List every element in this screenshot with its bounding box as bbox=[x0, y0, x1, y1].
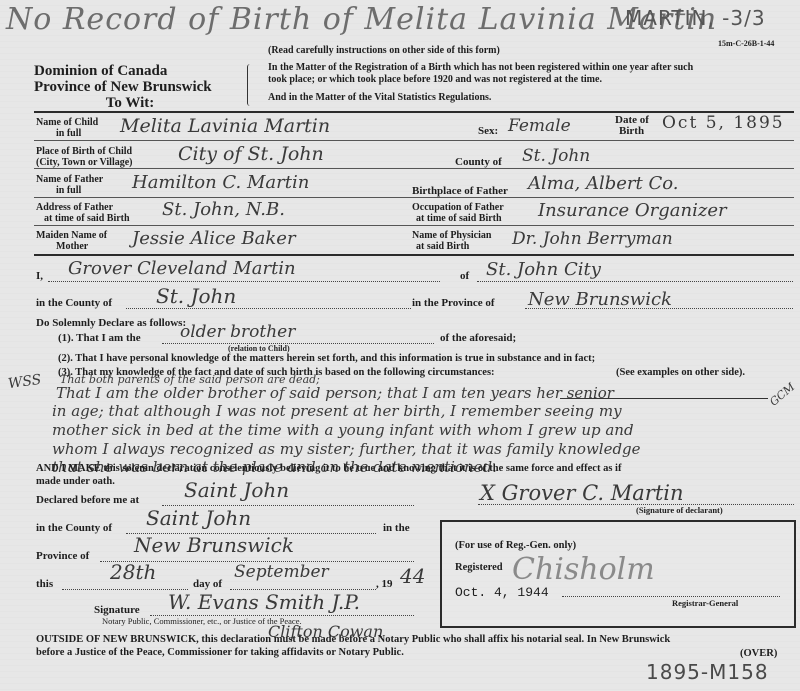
declarant-i-label: I, bbox=[36, 270, 43, 282]
circumstance-line: in age; that although I was not present … bbox=[52, 402, 780, 421]
mother-maiden-name-value[interactable]: Jessie Alice Baker bbox=[132, 228, 296, 249]
attest-in-the-label: in the bbox=[383, 522, 410, 534]
attest-year-value[interactable]: 44 bbox=[400, 564, 425, 588]
mother-maiden-name-label: Maiden Name of Mother bbox=[36, 230, 107, 252]
surname-stamp: MARTIN, -3/3 bbox=[625, 6, 766, 30]
county-label: County of bbox=[455, 156, 502, 168]
place-of-birth-label: Place of Birth of Child (City, Town or V… bbox=[36, 146, 133, 168]
attest-day-of-label: day of bbox=[193, 578, 222, 590]
jurisdiction-to-wit: To Wit: bbox=[30, 95, 230, 111]
birth-declaration-form: No Record of Birth of Melita Lavinia Mar… bbox=[0, 0, 800, 691]
of-line bbox=[477, 281, 793, 282]
jurisdiction-province: Province of New Brunswick bbox=[30, 79, 230, 95]
jurisdiction-block: Dominion of Canada Province of New Bruns… bbox=[30, 63, 230, 111]
declarant-signature-value[interactable]: X Grover C. Martin bbox=[480, 481, 684, 505]
registered-label: Registered bbox=[455, 562, 503, 573]
registrar-general-box: (For use of Reg.-Gen. only) Registered C… bbox=[440, 520, 796, 628]
relation-caption: (relation to Child) bbox=[228, 344, 290, 353]
declared-before-value[interactable]: Saint John bbox=[184, 478, 289, 502]
footer-line1: OUTSIDE OF NEW BRUNSWICK, this declarati… bbox=[36, 634, 670, 645]
item1-suffix: of the aforesaid; bbox=[440, 332, 516, 344]
of-value[interactable]: St. John City bbox=[486, 259, 601, 280]
insertion-underline bbox=[560, 398, 768, 399]
registrar-signature: Chisholm bbox=[512, 552, 655, 587]
item2-text: (2). That I have personal knowledge of t… bbox=[58, 353, 595, 364]
matter-vital-statistics: And in the Matter of the Vital Statistic… bbox=[268, 92, 491, 103]
row-rule bbox=[34, 168, 794, 169]
solemn-declaration-bold: AND I MAKE bbox=[36, 463, 101, 474]
declared-before-label: Declared before me at bbox=[36, 494, 139, 506]
sex-label: Sex: bbox=[478, 125, 498, 137]
declarant-province-value[interactable]: New Brunswick bbox=[528, 289, 672, 310]
declarant-name-value[interactable]: Grover Cleveland Martin bbox=[68, 258, 296, 279]
place-of-birth-value[interactable]: City of St. John bbox=[178, 143, 324, 165]
solemnly-declare-heading: Do Solemnly Declare as follows: bbox=[36, 317, 186, 329]
footer-line1-rest: this declaration must be made before a N… bbox=[199, 634, 670, 645]
physician-label: Name of Physician at said Birth bbox=[412, 230, 491, 252]
attest-signature-label: Signature bbox=[94, 604, 140, 616]
child-name-value[interactable]: Melita Lavinia Martin bbox=[120, 115, 330, 137]
table-bottom-rule bbox=[34, 254, 794, 256]
physician-value[interactable]: Dr. John Berryman bbox=[512, 229, 673, 249]
attest-province-label: Province of bbox=[36, 550, 89, 562]
father-birthplace-value[interactable]: Alma, Albert Co. bbox=[528, 173, 679, 194]
jurisdiction-dominion: Dominion of Canada bbox=[30, 63, 230, 79]
footer-outside-nb: OUTSIDE OF NEW BRUNSWICK, bbox=[36, 634, 199, 645]
footer-line2: before a Justice of the Peace, Commissio… bbox=[36, 647, 404, 658]
attest-signature-value[interactable]: W. Evans Smith J.P. bbox=[168, 590, 360, 614]
child-name-label: Name of Child in full bbox=[36, 117, 98, 139]
solemn-declaration-rest: this solemn declaration conscientiously … bbox=[101, 463, 622, 474]
registrar-caption: Registrar-General bbox=[672, 598, 738, 608]
county-value[interactable]: St. John bbox=[522, 146, 590, 166]
declarant-county-value[interactable]: St. John bbox=[156, 284, 236, 308]
matter-registration-line2: took place; or which took place before 1… bbox=[268, 74, 602, 85]
declarant-name-line bbox=[48, 281, 440, 282]
father-birthplace-label: Birthplace of Father bbox=[412, 185, 508, 197]
handwritten-no-record-note: No Record of Birth of Melita Lavinia Mar… bbox=[6, 2, 717, 37]
matter-registration-line1: In the Matter of the Registration of a B… bbox=[268, 62, 693, 73]
registrar-box-title: (For use of Reg.-Gen. only) bbox=[455, 540, 576, 551]
attest-day-value[interactable]: 28th bbox=[110, 560, 156, 584]
margin-initials-left: WSS bbox=[7, 372, 42, 392]
declarant-county-line bbox=[126, 308, 411, 309]
attest-this-label: this bbox=[36, 578, 53, 590]
father-occupation-label: Occupation of Father at time of said Bir… bbox=[412, 202, 504, 224]
circumstances-text: That both parents of the said person are… bbox=[50, 375, 780, 476]
attest-year-prefix: , 19 bbox=[376, 578, 393, 590]
jurisdiction-bracket bbox=[247, 64, 254, 106]
father-address-value[interactable]: St. John, N.B. bbox=[162, 199, 285, 220]
circumstance-line: mother sick in bed at the time with a yo… bbox=[52, 421, 780, 440]
row-rule bbox=[34, 140, 794, 141]
attest-county-label: in the County of bbox=[36, 522, 112, 534]
form-code: 15m-C-26B-1-44 bbox=[718, 39, 774, 48]
father-name-label: Name of Father in full bbox=[36, 174, 103, 196]
registered-date[interactable]: Oct. 4, 1944 bbox=[455, 585, 549, 600]
relation-line bbox=[162, 343, 434, 344]
father-name-value[interactable]: Hamilton C. Martin bbox=[132, 172, 309, 193]
over-label: (OVER) bbox=[740, 648, 777, 659]
registrar-line bbox=[562, 596, 780, 597]
declarant-county-label: in the County of bbox=[36, 297, 112, 309]
row-rule bbox=[34, 197, 794, 198]
file-number: 1895-M158 bbox=[646, 660, 769, 684]
solemn-declaration-line2: made under oath. bbox=[36, 476, 115, 487]
date-of-birth-value[interactable]: Oct 5, 1895 bbox=[662, 113, 785, 133]
attest-province-value[interactable]: New Brunswick bbox=[134, 533, 294, 557]
solemn-declaration-line1: AND I MAKE this solemn declaration consc… bbox=[36, 463, 621, 474]
of-label: of bbox=[460, 270, 469, 282]
item1-prefix: (1). That I am the bbox=[58, 332, 141, 344]
father-occupation-value[interactable]: Insurance Organizer bbox=[538, 200, 727, 221]
declarant-province-label: in the Province of bbox=[412, 297, 495, 309]
attest-month-value[interactable]: September bbox=[234, 562, 329, 582]
relation-value[interactable]: older brother bbox=[180, 322, 295, 342]
attest-county-value[interactable]: Saint John bbox=[146, 506, 251, 530]
row-rule bbox=[34, 225, 794, 226]
date-of-birth-label: Date of Birth bbox=[615, 115, 649, 137]
sex-value[interactable]: Female bbox=[508, 116, 571, 136]
circumstance-line: whom I always recognized as my sister; f… bbox=[52, 440, 780, 459]
declarant-signature-caption: (Signature of declarant) bbox=[636, 505, 723, 515]
read-instructions-note: (Read carefully instructions on other si… bbox=[268, 45, 500, 56]
father-address-label: Address of Father at time of said Birth bbox=[36, 202, 130, 224]
circumstance-line: That I am the older brother of said pers… bbox=[56, 385, 780, 402]
